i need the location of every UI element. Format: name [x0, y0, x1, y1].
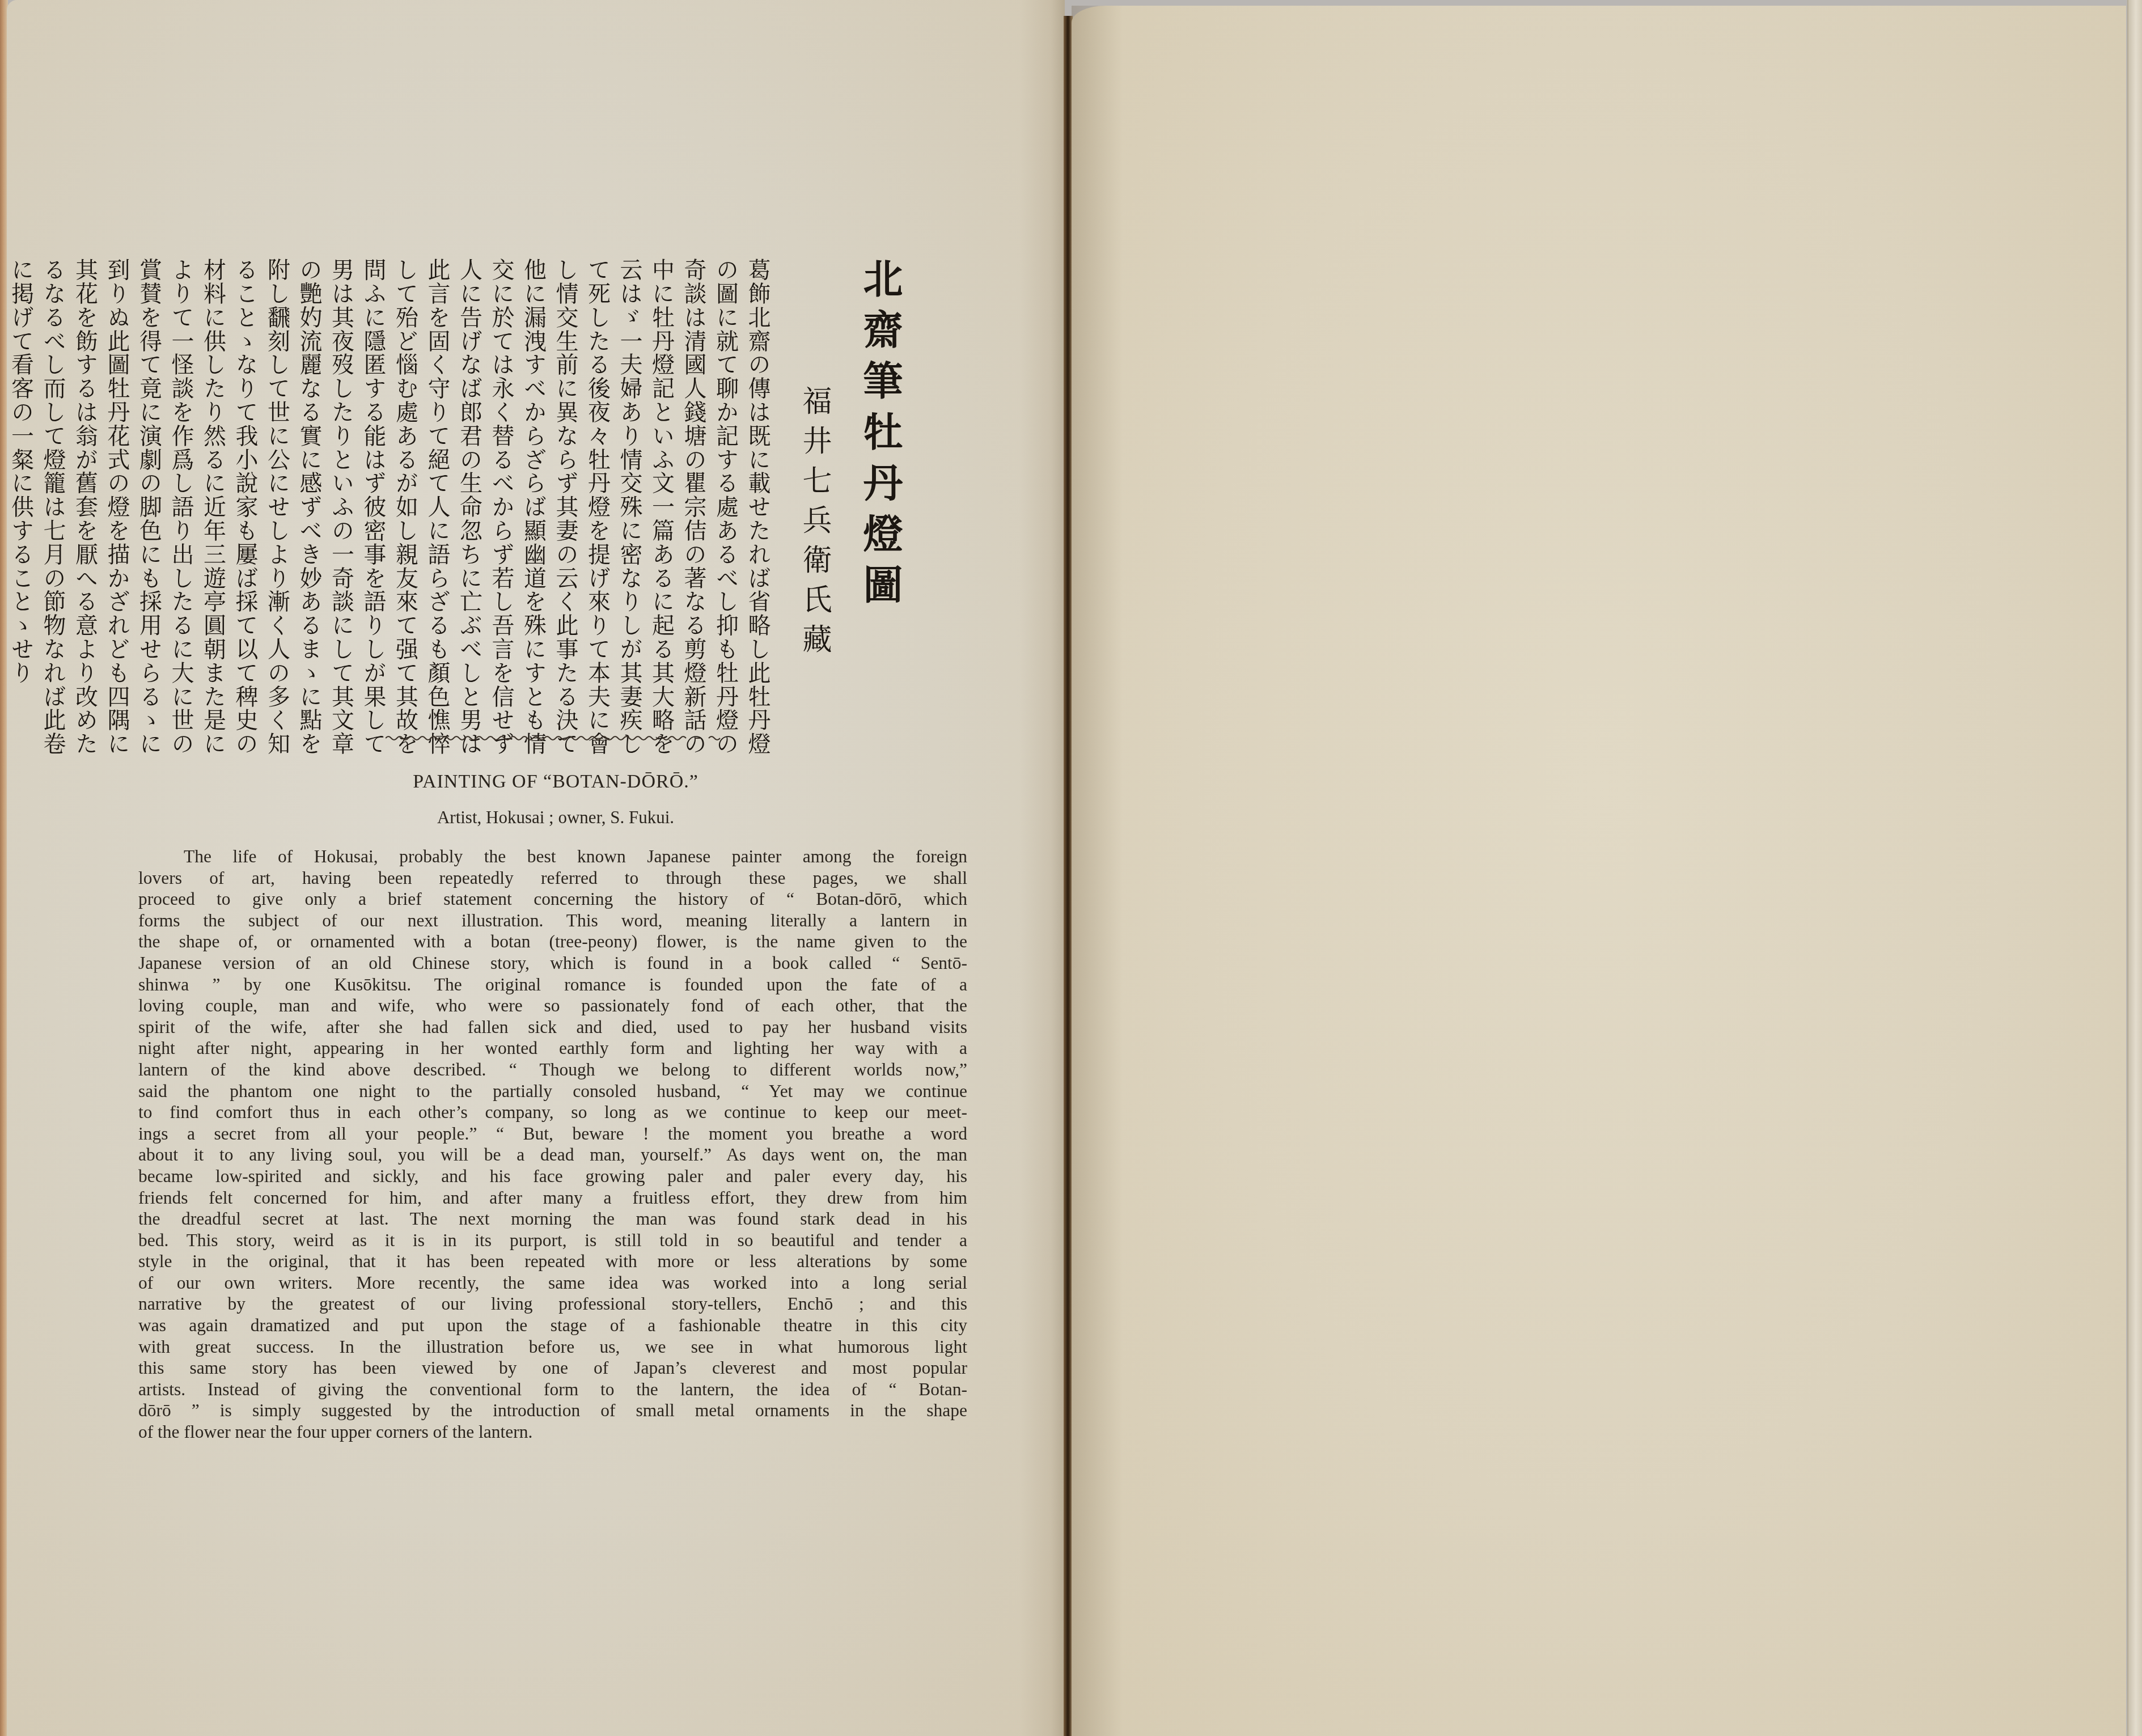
text-line: night after night, appearing in her wont…	[138, 1038, 967, 1059]
japanese-column: 中に牡丹燈記といふ文一篇あるに起る其大略を	[645, 258, 678, 746]
japanese-column: 材料に供したり然るに近年三遊亭圓朝また是に	[197, 258, 229, 746]
book-spread: 北齋筆牡丹燈圖 福井七兵衛氏藏 葛飾北齋の傳は既に載せたれば省略し此牡丹燈 の圖…	[0, 0, 2142, 1736]
japanese-column: 賞賛を得て竟に演劇の脚色にも採用せらるゝに	[133, 258, 165, 746]
text-line: this same story has been viewed by one o…	[138, 1357, 967, 1379]
japanese-column: るなるべし而して燈籠は七月の節物なれば此卷	[37, 258, 69, 746]
japanese-column: し情交生前に異ならず其妻の云く此事たる決て	[549, 258, 582, 746]
text-line: to find comfort thus in each other’s com…	[138, 1102, 967, 1123]
right-page-edge	[2127, 0, 2142, 1736]
japanese-column: ることゝなりて我小說家も屢ば採て以て稗史の	[229, 258, 261, 746]
text-line: became low-spirited and sickly, and his …	[138, 1166, 967, 1187]
right-page-blank	[1072, 6, 2126, 1736]
japanese-column: 云はゞ一夫婦あり情交殊に密なりしが其妻疾し	[613, 258, 646, 746]
japanese-column: の圖に就て聊か記する處あるべし抑も牡丹燈の	[709, 258, 742, 746]
text-line: the shape of, or ornamented with a botan…	[138, 931, 967, 952]
text-line: was again dramatized and put upon the st…	[138, 1315, 967, 1336]
japanese-column: 附し飜刻して世に公にせしより漸く人の多く知	[261, 258, 293, 746]
text-line: loving couple, man and wife, who were so…	[138, 995, 967, 1017]
text-line: forms the subject of our next illustrati…	[138, 910, 967, 931]
english-title: PAINTING OF “BOTAN-DŌRŌ.”	[340, 771, 771, 793]
text-line: spirit of the wife, after she had fallen…	[138, 1017, 967, 1038]
japanese-column: 他に漏洩すべからざらば顯幽道を殊にすとも情	[517, 258, 549, 746]
japanese-column: 人に告げなば郎君の生命忽ちに亡ぶべしと男は	[453, 258, 485, 746]
japanese-title: 北齋筆牡丹燈圖	[857, 258, 903, 746]
japanese-text-block: 北齋筆牡丹燈圖 福井七兵衛氏藏 葛飾北齋の傳は既に載せたれば省略し此牡丹燈 の圖…	[149, 258, 903, 746]
text-line: lovers of art, having been repeatedly re…	[138, 867, 967, 889]
text-line: style in the original, that it has been …	[138, 1251, 967, 1272]
text-line: narrative by the greatest of our living …	[138, 1293, 967, 1315]
text-line: bed. This story, weird as it is in its p…	[138, 1230, 967, 1251]
japanese-column: て死したる後夜々牡丹燈を提げ來りて本夫に會	[581, 258, 613, 746]
text-line: dōrō ” is simply suggested by the introd…	[138, 1400, 967, 1421]
japanese-column: 到りぬ此圖牡丹花式の燈を描かざれども四隅に	[101, 258, 133, 746]
text-line: artists. Instead of giving the conventio…	[138, 1379, 967, 1400]
text-line: of our own writers. More recently, the s…	[138, 1272, 967, 1294]
text-line: The life of Hokusai, probably the best k…	[138, 846, 967, 867]
japanese-column: 問ふに隱匿する能はず彼密事を語りしが果して	[357, 258, 390, 746]
japanese-column: 此言を固く守りて絕て人に語らざるも顏色憔悴	[421, 258, 454, 746]
japanese-column: して殆ど惱む處あるが如し親友來て强て其故を	[389, 258, 421, 746]
text-line: Japanese version of an old Chinese story…	[138, 952, 967, 974]
japanese-column: の艷妁流麗なる實に感ずべき妙あるまゝに點を	[293, 258, 325, 746]
japanese-column: よりて一怪談を作爲し語り出したるに大に世の	[165, 258, 197, 746]
text-line: of the flower near the four upper corner…	[138, 1421, 967, 1443]
japanese-column: 男は其夜歿したりといふの一奇談にして其文章	[325, 258, 357, 746]
text-line: ings a secret from all your people.” “ B…	[138, 1123, 967, 1145]
japanese-column: 其花を飭するは翁が舊套を厭へる意より改めた	[69, 258, 101, 746]
wavy-divider	[386, 732, 726, 744]
japanese-column: 奇談は清國人錢塘の瞿宗佶の著なる剪燈新話の	[678, 258, 710, 746]
japanese-column: に掲げて看客の一粲に供することゝせり	[5, 258, 37, 746]
english-credit-line: Artist, Hokusai ; owner, S. Fukui.	[340, 807, 771, 828]
text-line: shinwa ” by one Kusōkitsu. The original …	[138, 974, 967, 996]
text-line: proceed to give only a brief statement c…	[138, 888, 967, 910]
japanese-column: 交に於ては永く替るべからず若し吾言を信せず	[485, 258, 518, 746]
japanese-owner: 福井七兵衛氏藏	[797, 258, 831, 746]
text-line: about it to any living soul, you will be…	[138, 1144, 967, 1166]
english-body-paragraph: The life of Hokusai, probably the best k…	[138, 846, 967, 1443]
text-line: lantern of the kind above described. “ T…	[138, 1059, 967, 1081]
text-line: said the phantom one night to the partia…	[138, 1081, 967, 1102]
japanese-column: 葛飾北齋の傳は既に載せたれば省略し此牡丹燈	[742, 258, 774, 746]
text-line: the dreadful secret at last. The next mo…	[138, 1208, 967, 1230]
text-line: with great success. In the illustration …	[138, 1336, 967, 1358]
text-line: friends felt concerned for him, and afte…	[138, 1187, 967, 1209]
